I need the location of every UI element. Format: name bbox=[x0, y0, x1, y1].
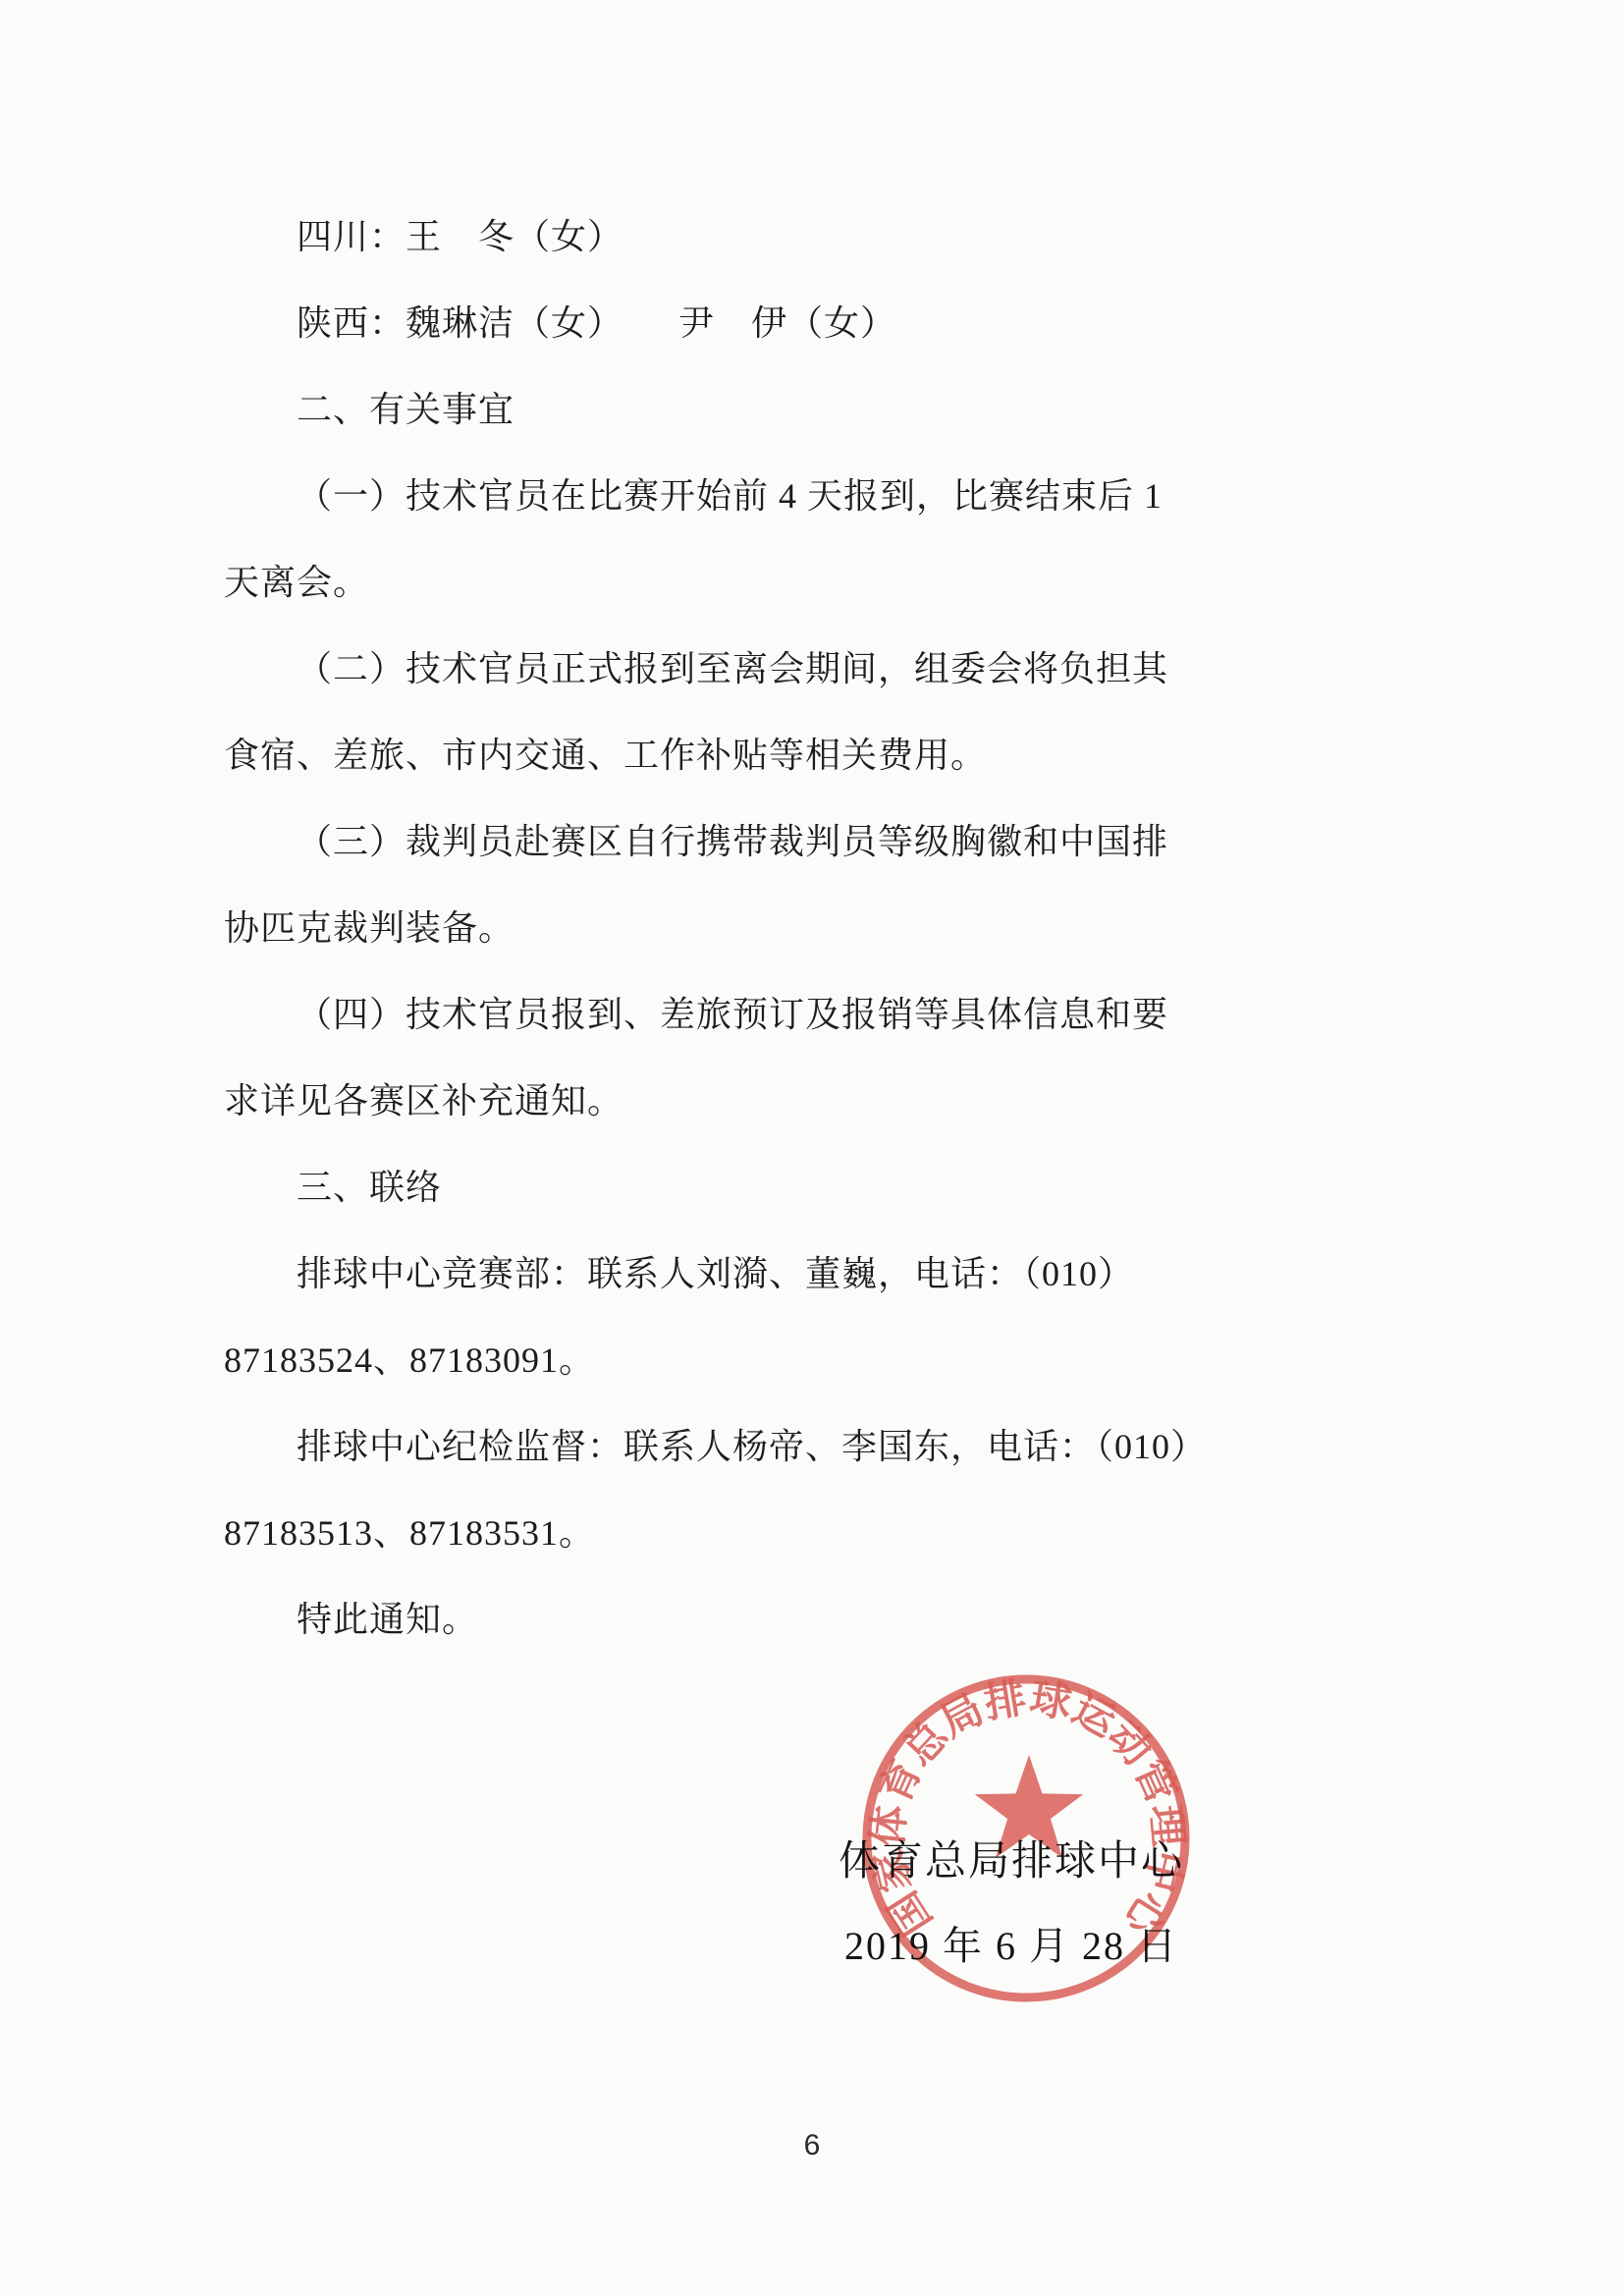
document-page: 四川：王 冬（女）陕西：魏琳洁（女） 尹 伊（女）二、有关事宜（一）技术官员在比… bbox=[0, 0, 1624, 2296]
document-line: （四）技术官员报到、差旅预订及报销等具体信息和要 bbox=[224, 968, 1191, 1055]
document-line: 二、有关事宜 bbox=[224, 363, 1191, 450]
page-number: 6 bbox=[0, 2129, 1624, 2162]
document-line: 排球中心纪检监督：联系人杨帝、李国东，电话：（010） bbox=[224, 1400, 1191, 1487]
document-line: 87183513、87183531。 bbox=[224, 1487, 1191, 1573]
document-line: 特此通知。 bbox=[224, 1573, 1191, 1660]
document-line: 协匹克裁判装备。 bbox=[224, 882, 1191, 968]
seal-star-icon bbox=[975, 1755, 1083, 1858]
document-line: 求详见各赛区补充通知。 bbox=[224, 1055, 1191, 1141]
document-line: （三）裁判员赴赛区自行携带裁判员等级胸徽和中国排 bbox=[224, 795, 1191, 882]
official-seal: 国家体育总局排球运动管理中心 bbox=[856, 1667, 1200, 2011]
document-body: 四川：王 冬（女）陕西：魏琳洁（女） 尹 伊（女）二、有关事宜（一）技术官员在比… bbox=[224, 191, 1191, 1660]
document-line: 87183524、87183091。 bbox=[224, 1314, 1191, 1400]
document-line: 天离会。 bbox=[224, 536, 1191, 623]
document-line: （二）技术官员正式报到至离会期间，组委会将负担其 bbox=[224, 623, 1191, 709]
document-line: 三、联络 bbox=[224, 1141, 1191, 1228]
document-line: 四川：王 冬（女） bbox=[224, 191, 1191, 277]
document-line: 食宿、差旅、市内交通、工作补贴等相关费用。 bbox=[224, 709, 1191, 795]
document-line: 排球中心竞赛部：联系人刘漪、董巍，电话：（010） bbox=[224, 1228, 1191, 1314]
document-line: 陕西：魏琳洁（女） 尹 伊（女） bbox=[224, 277, 1191, 363]
document-line: （一）技术官员在比赛开始前 4 天报到，比赛结束后 1 bbox=[224, 450, 1191, 536]
